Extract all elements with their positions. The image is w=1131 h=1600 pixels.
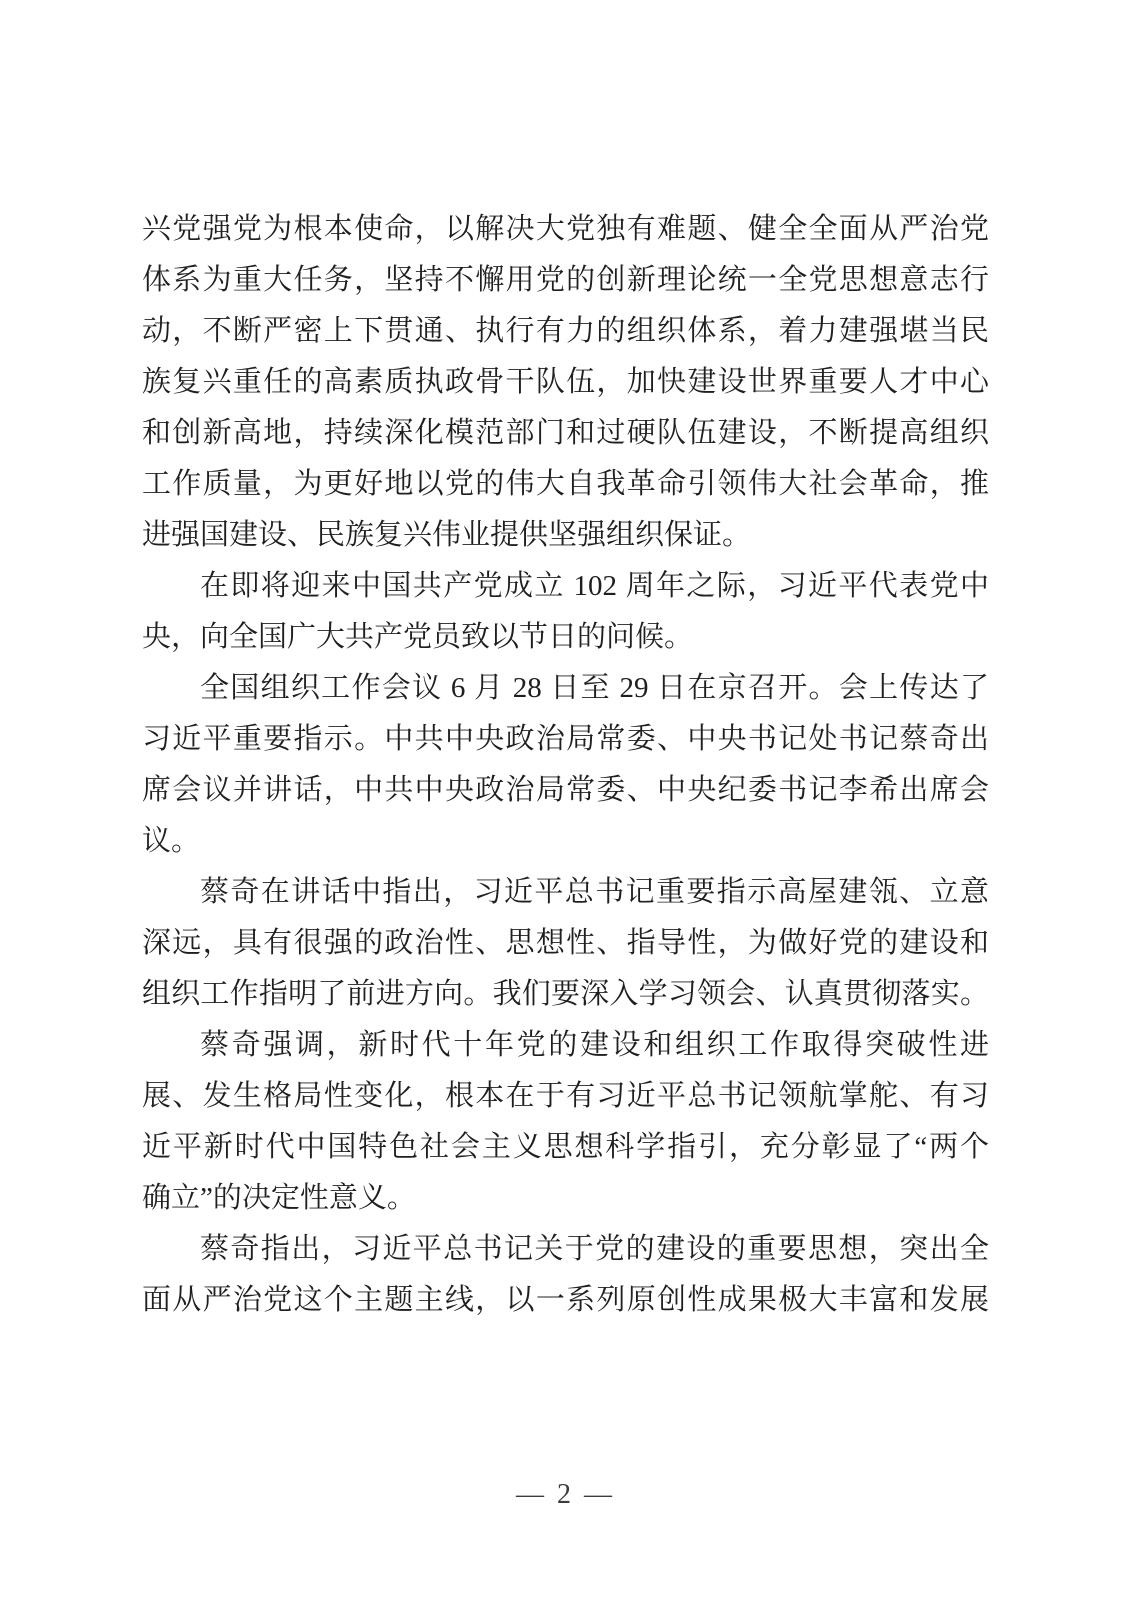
text-line: 工作质量，为更好地以党的伟大自我革命引领伟大社会革命，推 [142,459,989,510]
text-line: 蔡奇强调，新时代十年党的建设和组织工作取得突破性进 [142,1020,989,1071]
text-line: 席会议并讲话，中共中央政治局常委、中央纪委书记李希出席会 [142,765,989,816]
text-line: 动，不断严密上下贯通、执行有力的组织体系，着力建强堪当民 [142,306,989,357]
document-body: 兴党强党为根本使命，以解决大党独有难题、健全全面从严治党体系为重大任务，坚持不懈… [142,204,989,1326]
text-line: 蔡奇指出，习近平总书记关于党的建设的重要思想，突出全 [142,1224,989,1275]
text-line: 议。 [142,816,989,867]
text-line: 确立”的决定性意义。 [142,1173,989,1224]
text-line: 深远，具有很强的政治性、思想性、指导性，为做好党的建设和 [142,918,989,969]
text-line: 组织工作指明了前进方向。我们要深入学习领会、认真贯彻落实。 [142,969,989,1020]
text-line: 蔡奇在讲话中指出，习近平总书记重要指示高屋建瓴、立意 [142,867,989,918]
text-line: 体系为重大任务，坚持不懈用党的创新理论统一全党思想意志行 [142,255,989,306]
page-number: — 2 — [0,1478,1131,1512]
text-line: 族复兴重任的高素质执政骨干队伍，加快建设世界重要人才中心 [142,357,989,408]
text-line: 在即将迎来中国共产党成立 102 周年之际，习近平代表党中 [142,561,989,612]
text-line: 面从严治党这个主题主线，以一系列原创性成果极大丰富和发展 [142,1275,989,1326]
text-line: 进强国建设、民族复兴伟业提供坚强组织保证。 [142,510,989,561]
text-line: 央，向全国广大共产党员致以节日的问候。 [142,612,989,663]
text-line: 近平新时代中国特色社会主义思想科学指引，充分彰显了“两个 [142,1122,989,1173]
text-line: 全国组织工作会议 6 月 28 日至 29 日在京召开。会上传达了 [142,663,989,714]
document-page: 兴党强党为根本使命，以解决大党独有难题、健全全面从严治党体系为重大任务，坚持不懈… [0,0,1131,1600]
text-line: 展、发生格局性变化，根本在于有习近平总书记领航掌舵、有习 [142,1071,989,1122]
text-line: 和创新高地，持续深化模范部门和过硬队伍建设，不断提高组织 [142,408,989,459]
text-line: 习近平重要指示。中共中央政治局常委、中央书记处书记蔡奇出 [142,714,989,765]
text-line: 兴党强党为根本使命，以解决大党独有难题、健全全面从严治党 [142,204,989,255]
